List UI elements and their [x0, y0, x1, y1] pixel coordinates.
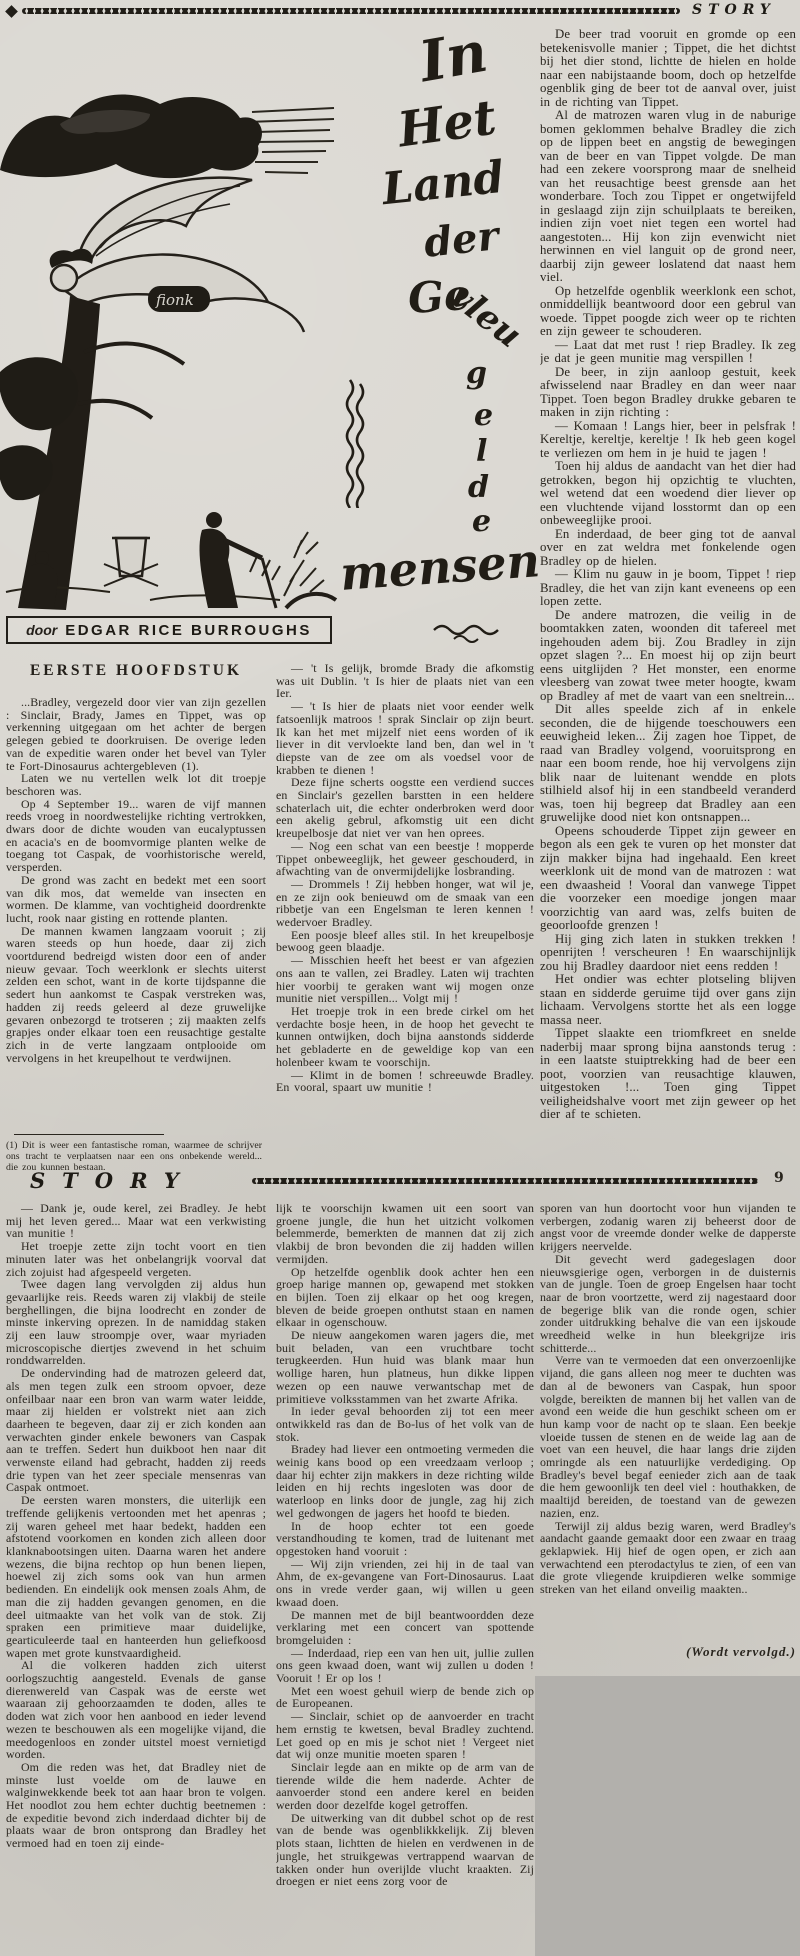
paragraph: Twee dagen lang vervolgden zij aldus hun…	[6, 1278, 266, 1367]
paragraph: Op 4 September 19... waren de vijf manne…	[6, 798, 266, 874]
paragraph: — Dank je, oude kerel, zei Bradley. Je h…	[6, 1202, 266, 1240]
paragraph: — Klim nu gauw in je boom, Tippet ! riep…	[540, 568, 796, 609]
paragraph: De uitwerking van dit dubbel schot op de…	[276, 1812, 534, 1888]
title-word-der: der	[422, 212, 501, 267]
page1-column-left: ...Bradley, vergezeld door vier van zijn…	[6, 696, 266, 1064]
chapter-heading: EERSTE HOOFDSTUK	[6, 662, 266, 680]
title-letter-g: g	[466, 356, 487, 391]
paragraph: In de hoop echter tot een goede verstand…	[276, 1520, 534, 1558]
page2-column-middle: lijk te voorschijn kwamen uit een soort …	[276, 1202, 534, 1950]
page-number: 9	[774, 1170, 784, 1186]
footnote-rule	[14, 1134, 164, 1135]
byline-author: EDGAR RICE BURROUGHS	[65, 622, 312, 639]
illustrator-signature: fionk	[155, 291, 194, 309]
flourish-ornament	[432, 622, 502, 644]
paragraph: En inderdaad, de beer ging tot de aanval…	[540, 528, 796, 569]
paragraph: De eersten waren monsters, die uiterlijk…	[6, 1494, 266, 1659]
title-letter-d: d	[468, 470, 489, 505]
title-word-het: Het	[395, 89, 500, 158]
byline-box: door EDGAR RICE BURROUGHS	[6, 616, 332, 644]
paragraph: Terwijl zij aldus bezig waren, werd Brad…	[540, 1520, 796, 1596]
paragraph: In ieder geval behoorden zij tot een mee…	[276, 1405, 534, 1443]
paragraph: Toen hij aldus de aandacht van het dier …	[540, 460, 796, 528]
story-illustration: fionk	[0, 52, 338, 614]
paragraph: Dit gevecht werd gadegeslagen door nieuw…	[540, 1253, 796, 1355]
paragraph: — Drommels ! Zij hebben honger, wat wil …	[276, 878, 534, 929]
paragraph: — Sinclair, schiet op de aanvoerder en t…	[276, 1710, 534, 1761]
paragraph: Laten we nu vertellen welk lot dit troep…	[6, 772, 266, 797]
paragraph: — Inderdaad, riep een van hen uit, julli…	[276, 1647, 534, 1685]
title-letter-l: l	[476, 434, 487, 469]
paragraph: — Wij zijn vrienden, zei hij in de taal …	[276, 1558, 534, 1609]
paragraph: — Laat dat met rust ! riep Bradley. Ik z…	[540, 339, 796, 366]
paragraph: Sinclair legde aan en mikte op de arm va…	[276, 1761, 534, 1812]
paragraph: De mannen kwamen langzaam vooruit ; zij …	[6, 925, 266, 1065]
paragraph: Een poosje bleef alles stil. In het kreu…	[276, 929, 534, 954]
paragraph: De ondervinding had de matrozen geleerd …	[6, 1367, 266, 1494]
ink-drawing-winged-woman-camp: fionk	[0, 52, 338, 614]
paragraph: Tippet slaakte een triomfkreet en snelde…	[540, 1027, 796, 1122]
corner-diamond-mark	[5, 5, 18, 18]
paragraph: Op hetzelfde ogenblik dook achter hen ee…	[276, 1266, 534, 1330]
title-letter-e1: e	[474, 398, 493, 433]
page2-column-right: sporen van hun doortocht voor hun vijand…	[540, 1202, 796, 1672]
byline-prefix: door	[26, 622, 57, 638]
page1-column-middle: — 't Is gelijk, bromde Brady die afkomst…	[276, 662, 534, 1130]
paragraph: Verre van te vermoeden dat een onverzoen…	[540, 1354, 796, 1519]
title-word-in: In	[415, 19, 492, 96]
paragraph: Het troepje trok in een brede cirkel om …	[276, 1005, 534, 1069]
paragraph: Al die volkeren hadden zich uiterst oorl…	[6, 1659, 266, 1761]
paragraph: — 't Is hier de plaats niet voor eender …	[276, 700, 534, 776]
paragraph: Het ondier was echter plotseling blijven…	[540, 973, 796, 1027]
header-braided-rule	[22, 8, 680, 14]
paragraph: De beer trad vooruit en gromde op een be…	[540, 28, 796, 109]
paragraph: De nieuw aangekomen waren jagers die, me…	[276, 1329, 534, 1405]
paragraph: Opeens schouderde Tippet zijn geweer en …	[540, 825, 796, 933]
paragraph: De andere matrozen, die veilig in de boo…	[540, 609, 796, 704]
blank-image-placeholder	[535, 1676, 800, 1956]
paragraph: — 't Is gelijk, bromde Brady die afkomst…	[276, 662, 534, 700]
paragraph: Het troepje zette zijn tocht voort en ti…	[6, 1240, 266, 1278]
continuation-note: (Wordt vervolgd.)	[540, 1644, 796, 1660]
paragraph: lijk te voorschijn kwamen uit een soort …	[276, 1202, 534, 1266]
masthead-story-page1: STORY	[692, 2, 776, 18]
paragraph: Deze fijne scherts oogstte een verdiend …	[276, 776, 534, 840]
page2-braided-rule	[252, 1178, 758, 1184]
paragraph: De mannen met de bijl beantwoordden deze…	[276, 1609, 534, 1647]
paragraph: De grond was zacht en bedekt met een soo…	[6, 874, 266, 925]
paragraph: Met een woest gehuil wierp de bende zich…	[276, 1685, 534, 1710]
title-word-land: Land	[380, 152, 507, 215]
page2-column-left: — Dank je, oude kerel, zei Bradley. Je h…	[6, 1202, 266, 1950]
paragraph: Hij ging zich laten in stukken trekken !…	[540, 933, 796, 974]
magazine-page-scan: STORY	[0, 0, 800, 1956]
paragraph: sporen van hun doortocht voor hun vijand…	[540, 1202, 796, 1253]
page1-column-right: De beer trad vooruit en gromde op een be…	[540, 28, 796, 1130]
title-letter-e2: e	[472, 504, 491, 539]
paragraph: Op hetzelfde ogenblik weerklonk een scho…	[540, 285, 796, 339]
paragraph: — Misschien heeft het beest er van afgez…	[276, 954, 534, 1005]
paragraph: — Klimt in de bomen ! schreeuwde Bradley…	[276, 1069, 534, 1094]
paragraph: Dit alles speelde zich af in enkele seco…	[540, 703, 796, 825]
paragraph: Om die reden was het, dat Bradley niet d…	[6, 1761, 266, 1850]
paragraph: Bradey had liever een ontmoeting vermede…	[276, 1443, 534, 1519]
paragraph: Al de matrozen waren vlug in de naburige…	[540, 109, 796, 285]
paragraph: ...Bradley, vergezeld door vier van zijn…	[6, 696, 266, 772]
paragraph: De beer, in zijn aanloop gestuit, keek a…	[540, 366, 796, 420]
masthead-story-page2: STORY	[30, 1168, 196, 1193]
title-word-mensen: mensen	[338, 533, 541, 601]
paragraph: — Komaan ! Langs hier, beer in pelsfrak …	[540, 420, 796, 461]
vertical-squiggle-ornament	[342, 378, 368, 508]
paragraph: — Nog een schat van een beestje ! mopper…	[276, 840, 534, 878]
